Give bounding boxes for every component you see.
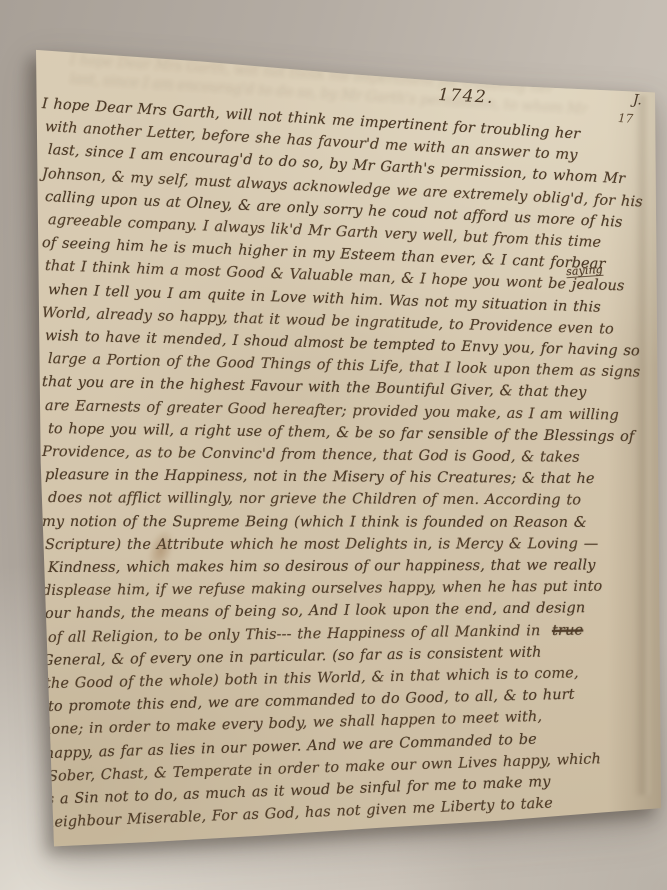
letter-line-text: my notion of the Supreme Being (which I …	[42, 514, 587, 531]
letter-line: General, & of every one in particular. (…	[42, 643, 654, 668]
letter-line: of all Religion, to be only This--- the …	[48, 622, 660, 645]
letter-line: our hands, the means of being so, And I …	[45, 601, 657, 622]
letter-paper-shadow: I hope Dear Mrs Garth, will not think me…	[0, 0, 667, 890]
letter-line: my notion of the Supreme Being (which I …	[42, 515, 654, 530]
letter-line: that you are in the highest Favour with …	[42, 375, 654, 402]
interlinear-insertion-saying: saying	[566, 264, 603, 279]
letter-line-text: Providence, as to be Convinc'd from then…	[42, 444, 580, 466]
letter-line-text: to hope you will, a right use of them, &…	[48, 421, 635, 445]
letter-line: Scripture) the Attribute which he most D…	[45, 537, 657, 552]
struck-through-word: true	[552, 623, 583, 638]
letter-line-text: displease him, if we refuse making ourse…	[42, 579, 602, 599]
letter-line: are Earnests of greater Good hereafter; …	[45, 399, 657, 424]
letter-line: does not afflict willingly, nor grieve t…	[48, 491, 660, 508]
letter-line: pleasure in the Happiness, not in the Mi…	[45, 468, 657, 487]
letter-line-text: Kindness, which makes him so desirous of…	[48, 557, 596, 576]
letter-line: displease him, if we refuse making ourse…	[42, 579, 654, 598]
letter-line-text: General, & of every one in particular. (…	[42, 644, 542, 668]
letter-line-text: that you are in the highest Favour with …	[42, 374, 587, 401]
marginal-insertion-it: it	[24, 789, 33, 800]
letter-line-text: pleasure in the Happiness, not in the Mi…	[45, 467, 595, 487]
letter-line-text: our hands, the means of being so, And I …	[45, 601, 586, 623]
letter-paper: I hope Dear Mrs Garth, will not think me…	[0, 0, 667, 890]
letter-line: Providence, as to be Convinc'd from then…	[42, 445, 654, 466]
letter-line-text: does not afflict willingly, nor grieve t…	[48, 490, 581, 508]
letter-line-text: Scripture) the Attribute which he most D…	[45, 536, 598, 553]
letter-body: I hope Dear Mrs Garth, will not think me…	[0, 0, 667, 890]
letter-line-text: are Earnests of greater Good hereafter; …	[45, 398, 619, 424]
photo-scene: I hope Dear Mrs Garth, will not think me…	[0, 0, 667, 890]
letter-line: to hope you will, a right use of them, &…	[48, 422, 660, 445]
letter-line: Kindness, which makes him so desirous of…	[48, 558, 660, 575]
letter-line-text: of all Religion, to be only This--- the …	[48, 623, 541, 646]
